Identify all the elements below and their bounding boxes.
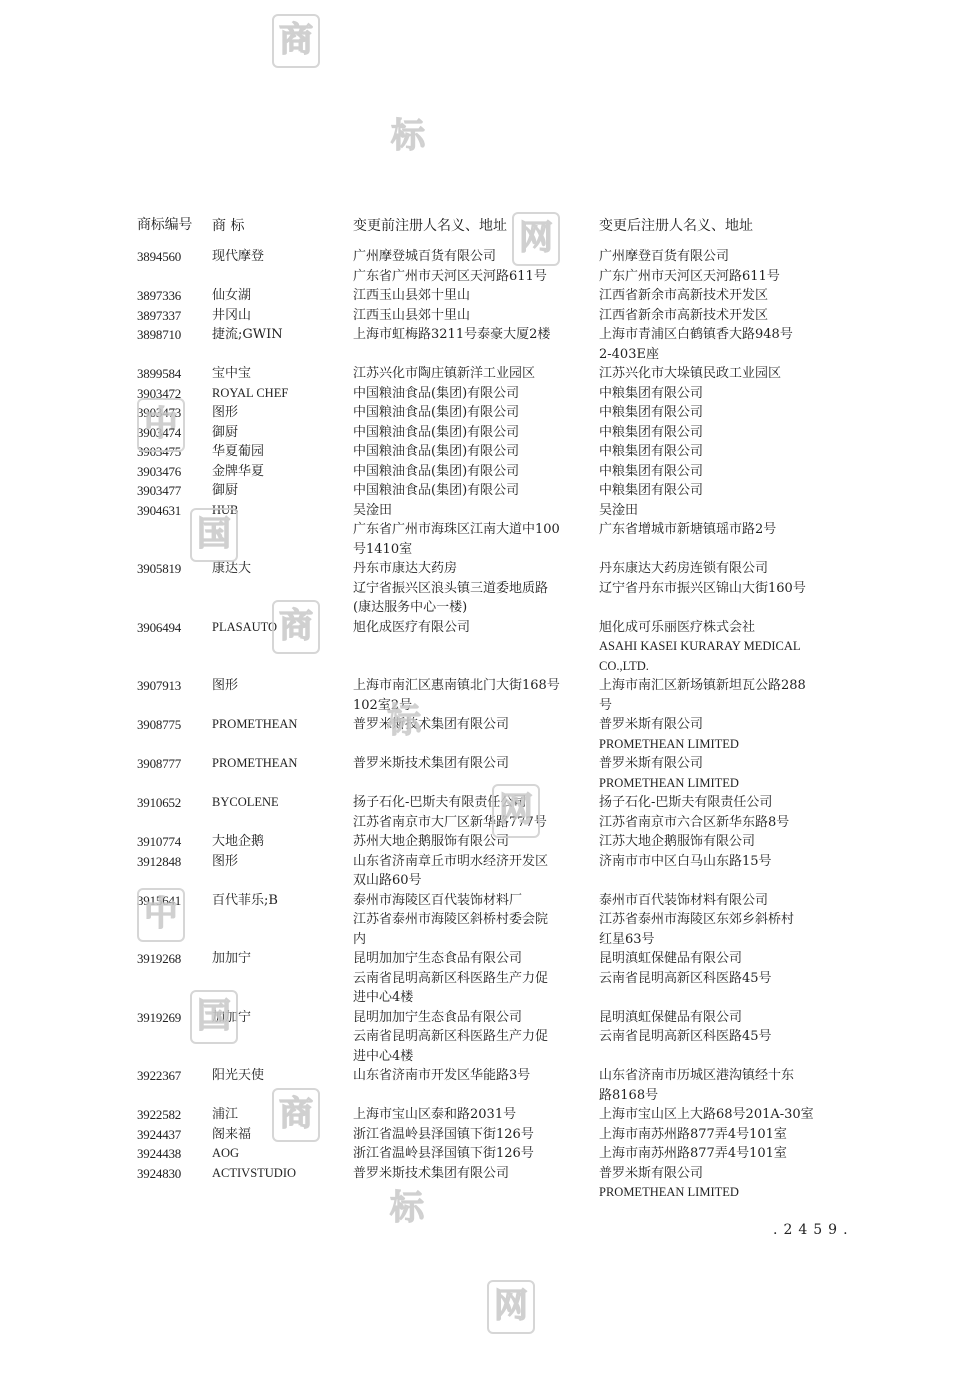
table-row: 3907913图形上海市南汇区惠南镇北门大街168号102室2号上海市南汇区新场… (137, 676, 857, 715)
trademark-number: 3906494 (137, 618, 212, 677)
registrant-after: 上海市南苏州路877弄4号101室 (599, 1144, 849, 1164)
registrant-before-line: 江苏省泰州市海陵区斜桥村委会院 (353, 910, 599, 930)
registrant-after: 普罗米斯有限公司PROMETHEAN LIMITED (599, 1164, 849, 1203)
registrant-after: 上海市宝山区上大路68号201A-30室 (599, 1105, 849, 1125)
registrant-after-line: 中粮集团有限公司 (599, 403, 849, 423)
registrant-after-line: 江苏省泰州市海陵区东郊乡斜桥村 (599, 910, 849, 930)
registrant-before: 泰州市海陵区百代装饰材料厂江苏省泰州市海陵区斜桥村委会院内 (353, 891, 599, 950)
registrant-before: 浙江省温岭县泽国镇下街126号 (353, 1125, 599, 1145)
registrant-after: 中粮集团有限公司 (599, 403, 849, 423)
trademark-number: 3907913 (137, 676, 212, 715)
trademark-name: 加加宁 (212, 949, 353, 1008)
registrant-before: 昆明加加宁生态食品有限公司云南省昆明高新区科医路生产力促进中心4楼 (353, 949, 599, 1008)
registrant-after-line: 昆明滇虹保健品有限公司 (599, 1008, 849, 1028)
registrant-after: 昆明滇虹保健品有限公司云南省昆明高新区科医路45号 (599, 1008, 849, 1067)
registrant-after-line: 红星63号 (599, 930, 849, 950)
registrant-before-line: 昆明加加宁生态食品有限公司 (353, 949, 599, 969)
registrant-after-line: 辽宁省丹东市振兴区锦山大街160号 (599, 579, 849, 599)
registrant-before: 山东省济南市开发区华能路3号 (353, 1066, 599, 1105)
registrant-after: 上海市南苏州路877弄4号101室 (599, 1125, 849, 1145)
registrant-before-line: 扬子石化-巴斯夫有限责任公司 (353, 793, 599, 813)
table-row: 3906494PLASAUTO旭化成医疗有限公司旭化成可乐丽医疗株式会社ASAH… (137, 618, 857, 677)
table-row: 3922582浦江上海市宝山区泰和路2031号上海市宝山区上大路68号201A-… (137, 1105, 857, 1125)
trademark-name: 图形 (212, 676, 353, 715)
registrant-after-line: 上海市青浦区白鹤镇香大路948号 (599, 325, 849, 345)
registrant-before-line: 进中心4楼 (353, 988, 599, 1008)
table-row: 3894560现代摩登广州摩登城百货有限公司广东省广州市天河区天河路611号广州… (137, 247, 857, 286)
table-row: 3924830ACTIVSTUDIO普罗米斯技术集团有限公司普罗米斯有限公司PR… (137, 1164, 857, 1203)
trademark-name: 捷流;GWIN (212, 325, 353, 364)
registrant-before-line: 中国粮油食品(集团)有限公司 (353, 384, 599, 404)
trademark-number: 3919268 (137, 949, 212, 1008)
trademark-number: 3905819 (137, 559, 212, 618)
watermark-glyph: 标 (384, 110, 432, 164)
registrant-before-line: 云南省昆明高新区科医路生产力促 (353, 1027, 599, 1047)
header-before-change: 变更前注册人名义、地址 (353, 214, 599, 238)
registrant-after: 普罗米斯有限公司PROMETHEAN LIMITED (599, 754, 849, 793)
registrant-after-line: 山东省济南市历城区港沟镇经十东 (599, 1066, 849, 1086)
header-after-change: 变更后注册人名义、地址 (599, 214, 849, 238)
header-trademark-number: 商标编号 (137, 214, 212, 238)
registrant-after: 昆明滇虹保健品有限公司云南省昆明高新区科医路45号 (599, 949, 849, 1008)
table-row: 3910774大地企鹅苏州大地企鹅服饰有限公司江苏大地企鹅服饰有限公司 (137, 832, 857, 852)
trademark-name: 阁来福 (212, 1125, 353, 1145)
table-row: 3903476金牌华夏中国粮油食品(集团)有限公司中粮集团有限公司 (137, 462, 857, 482)
trademark-number: 3899584 (137, 364, 212, 384)
trademark-number: 3912848 (137, 852, 212, 891)
registrant-after-line: 中粮集团有限公司 (599, 384, 849, 404)
trademark-name: 御厨 (212, 481, 353, 501)
table-row: 3903473图形中国粮油食品(集团)有限公司中粮集团有限公司 (137, 403, 857, 423)
trademark-number: 3924437 (137, 1125, 212, 1145)
registrant-before: 浙江省温岭县泽国镇下街126号 (353, 1144, 599, 1164)
table-row: 3915641百代菲乐;B泰州市海陵区百代装饰材料厂江苏省泰州市海陵区斜桥村委会… (137, 891, 857, 950)
trademark-number: 3898710 (137, 325, 212, 364)
registrant-after-line: 中粮集团有限公司 (599, 481, 849, 501)
trademark-number: 3903472 (137, 384, 212, 404)
registrant-after-line: 普罗米斯有限公司 (599, 754, 849, 774)
registrant-before-line: 进中心4楼 (353, 1047, 599, 1067)
table-row: 3924438AOG浙江省温岭县泽国镇下街126号上海市南苏州路877弄4号10… (137, 1144, 857, 1164)
registrant-after-line: 广东广州市天河区天河路611号 (599, 267, 849, 287)
trademark-name: ACTIVSTUDIO (212, 1164, 353, 1203)
trademark-number: 3903474 (137, 423, 212, 443)
table-row: 3899584宝中宝江苏兴化市陶庄镇新洋工业园区江苏兴化市大垛镇民政工业园区 (137, 364, 857, 384)
page-number: .2459. (773, 1222, 854, 1238)
registrant-after-line: 云南省昆明高新区科医路45号 (599, 1027, 849, 1047)
registrant-before-line: 昆明加加宁生态食品有限公司 (353, 1008, 599, 1028)
table-row: 3919269加加宁昆明加加宁生态食品有限公司云南省昆明高新区科医路生产力促进中… (137, 1008, 857, 1067)
registrant-before: 普罗米斯技术集团有限公司 (353, 1164, 599, 1203)
table-row: 3905819康达大丹东市康达大药房辽宁省振兴区浪头镇三道委地质路(康达服务中心… (137, 559, 857, 618)
trademark-name: 大地企鹅 (212, 832, 353, 852)
registrant-before-line: 号1410室 (353, 540, 599, 560)
registrant-after-line: 旭化成可乐丽医疗株式会社 (599, 618, 849, 638)
registrant-after-line: 中粮集团有限公司 (599, 423, 849, 443)
registrant-after-line: 江西省新余市高新技术开发区 (599, 306, 849, 326)
registrant-before: 吴淦田广东省广州市海珠区江南大道中100号1410室 (353, 501, 599, 560)
registrant-after: 中粮集团有限公司 (599, 481, 849, 501)
trademark-name: BYCOLENE (212, 793, 353, 832)
table-row: 3910652BYCOLENE扬子石化-巴斯夫有限责任公司江苏省南京市大厂区新华… (137, 793, 857, 832)
header-trademark: 商 标 (212, 214, 353, 238)
registrant-after: 江西省新余市高新技术开发区 (599, 306, 849, 326)
registrant-after-line: 江西省新余市高新技术开发区 (599, 286, 849, 306)
trademark-name: 图形 (212, 403, 353, 423)
registrant-after: 丹东康达大药房连锁有限公司辽宁省丹东市振兴区锦山大街160号 (599, 559, 849, 618)
registrant-after-line: 中粮集团有限公司 (599, 442, 849, 462)
registrant-before: 中国粮油食品(集团)有限公司 (353, 481, 599, 501)
registrant-before-line: 浙江省温岭县泽国镇下街126号 (353, 1125, 599, 1145)
registrant-before: 上海市宝山区泰和路2031号 (353, 1105, 599, 1125)
trademark-number: 3924438 (137, 1144, 212, 1164)
registrant-before: 上海市虹梅路3211号泰豪大厦2楼 (353, 325, 599, 364)
trademark-number: 3894560 (137, 247, 212, 286)
registrant-before-line: 普罗米斯技术集团有限公司 (353, 1164, 599, 1184)
registrant-before-line: 内 (353, 930, 599, 950)
registrant-after: 上海市青浦区白鹤镇香大路948号2-403E座 (599, 325, 849, 364)
trademark-number: 3922367 (137, 1066, 212, 1105)
registrant-before-line: 江西玉山县郊十里山 (353, 286, 599, 306)
registrant-before-line: 江苏兴化市陶庄镇新洋工业园区 (353, 364, 599, 384)
registrant-before: 江西玉山县郊十里山 (353, 306, 599, 326)
registrant-after-line: CO.,LTD. (599, 657, 849, 677)
registrant-before-line: 吴淦田 (353, 501, 599, 521)
registrant-after-line: 中粮集团有限公司 (599, 462, 849, 482)
registrant-before-line: 双山路60号 (353, 871, 599, 891)
registrant-before-line: 普罗米斯技术集团有限公司 (353, 715, 599, 735)
registrant-after-line: 丹东康达大药房连锁有限公司 (599, 559, 849, 579)
registrant-before: 中国粮油食品(集团)有限公司 (353, 403, 599, 423)
registrant-before-line: 中国粮油食品(集团)有限公司 (353, 481, 599, 501)
table-row: 3897336仙女湖江西玉山县郊十里山江西省新余市高新技术开发区 (137, 286, 857, 306)
registrant-before-line: 浙江省温岭县泽国镇下街126号 (353, 1144, 599, 1164)
registrant-after-line: 广东省增城市新塘镇瑶市路2号 (599, 520, 849, 540)
registrant-after-line: 江苏兴化市大垛镇民政工业园区 (599, 364, 849, 384)
table-row: 3898710捷流;GWIN上海市虹梅路3211号泰豪大厦2楼上海市青浦区白鹤镇… (137, 325, 857, 364)
registrant-before: 江苏兴化市陶庄镇新洋工业园区 (353, 364, 599, 384)
watermark-glyph: 网 (487, 1280, 535, 1334)
trademark-name: PLASAUTO (212, 618, 353, 677)
trademark-number: 3897336 (137, 286, 212, 306)
registrant-before: 山东省济南章丘市明水经济开发区双山路60号 (353, 852, 599, 891)
registrant-after-line: 路8168号 (599, 1086, 849, 1106)
registrant-after-line: 昆明滇虹保健品有限公司 (599, 949, 849, 969)
trademark-name: 图形 (212, 852, 353, 891)
registrant-after: 江西省新余市高新技术开发区 (599, 286, 849, 306)
registrant-after: 泰州市百代装饰材料有限公司江苏省泰州市海陵区东郊乡斜桥村红星63号 (599, 891, 849, 950)
trademark-number: 3924830 (137, 1164, 212, 1203)
registrant-before: 上海市南汇区惠南镇北门大街168号102室2号 (353, 676, 599, 715)
registrant-before-line: 泰州市海陵区百代装饰材料厂 (353, 891, 599, 911)
registrant-after: 中粮集团有限公司 (599, 462, 849, 482)
registrant-before-line: 山东省济南章丘市明水经济开发区 (353, 852, 599, 872)
registrant-after: 中粮集团有限公司 (599, 423, 849, 443)
registrant-after: 江苏大地企鹅服饰有限公司 (599, 832, 849, 852)
registrant-after-line: PROMETHEAN LIMITED (599, 774, 849, 794)
registrant-after: 山东省济南市历城区港沟镇经十东路8168号 (599, 1066, 849, 1105)
trademark-number: 3897337 (137, 306, 212, 326)
registrant-after-line: 吴淦田 (599, 501, 849, 521)
registrant-after-line: 济南市市中区白马山东路15号 (599, 852, 849, 872)
table-row: 3912848图形山东省济南章丘市明水经济开发区双山路60号济南市市中区白马山东… (137, 852, 857, 891)
table-row: 3922367阳光天使山东省济南市开发区华能路3号山东省济南市历城区港沟镇经十东… (137, 1066, 857, 1105)
registrant-before-line: 102室2号 (353, 696, 599, 716)
trademark-name: 井冈山 (212, 306, 353, 326)
trademark-number: 3903475 (137, 442, 212, 462)
registrant-before-line: 丹东市康达大药房 (353, 559, 599, 579)
registrant-before-line: 上海市虹梅路3211号泰豪大厦2楼 (353, 325, 599, 345)
registrant-before-line: (康达服务中心一楼) (353, 598, 599, 618)
registrant-before: 普罗米斯技术集团有限公司 (353, 754, 599, 793)
table-row: 3903477御厨中国粮油食品(集团)有限公司中粮集团有限公司 (137, 481, 857, 501)
trademark-number: 3903476 (137, 462, 212, 482)
registrant-after: 济南市市中区白马山东路15号 (599, 852, 849, 891)
registrant-before: 旭化成医疗有限公司 (353, 618, 599, 677)
trademark-name: 康达大 (212, 559, 353, 618)
registrant-after: 中粮集团有限公司 (599, 442, 849, 462)
registrant-before-line: 上海市南汇区惠南镇北门大街168号 (353, 676, 599, 696)
trademark-name: 华夏葡园 (212, 442, 353, 462)
trademark-name: AOG (212, 1144, 353, 1164)
table-row: 3903475华夏葡园中国粮油食品(集团)有限公司中粮集团有限公司 (137, 442, 857, 462)
trademark-name: 阳光天使 (212, 1066, 353, 1105)
registrant-after: 中粮集团有限公司 (599, 384, 849, 404)
registrant-before: 苏州大地企鹅服饰有限公司 (353, 832, 599, 852)
trademark-number: 3903473 (137, 403, 212, 423)
registrant-before: 普罗米斯技术集团有限公司 (353, 715, 599, 754)
trademark-name: PROMETHEAN (212, 754, 353, 793)
trademark-number: 3922582 (137, 1105, 212, 1125)
registrant-before: 中国粮油食品(集团)有限公司 (353, 384, 599, 404)
registrant-after: 扬子石化-巴斯夫有限责任公司江苏省南京市六合区新华东路8号 (599, 793, 849, 832)
registrant-after-line: 上海市南苏州路877弄4号101室 (599, 1144, 849, 1164)
registrant-after-line: 2-403E座 (599, 345, 849, 365)
registrant-after-line: 普罗米斯有限公司 (599, 715, 849, 735)
trademark-name: ROYAL CHEF (212, 384, 353, 404)
registrant-before-line: 普罗米斯技术集团有限公司 (353, 754, 599, 774)
registrant-after: 旭化成可乐丽医疗株式会社ASAHI KASEI KURARAY MEDICALC… (599, 618, 849, 677)
trademark-name: HUB (212, 501, 353, 560)
trademark-change-table: 商标编号 商 标 变更前注册人名义、地址 变更后注册人名义、地址 3894560… (137, 214, 857, 1203)
trademark-name: 金牌华夏 (212, 462, 353, 482)
registrant-before: 江西玉山县郊十里山 (353, 286, 599, 306)
registrant-after: 江苏兴化市大垛镇民政工业园区 (599, 364, 849, 384)
registrant-before-line: 上海市宝山区泰和路2031号 (353, 1105, 599, 1125)
registrant-after-line: PROMETHEAN LIMITED (599, 735, 849, 755)
table-row: 3924437阁来福浙江省温岭县泽国镇下街126号上海市南苏州路877弄4号10… (137, 1125, 857, 1145)
registrant-before-line: 中国粮油食品(集团)有限公司 (353, 462, 599, 482)
registrant-before-line: 中国粮油食品(集团)有限公司 (353, 423, 599, 443)
trademark-number: 3910652 (137, 793, 212, 832)
registrant-before-line: 旭化成医疗有限公司 (353, 618, 599, 638)
registrant-after-line: 广州摩登百货有限公司 (599, 247, 849, 267)
registrant-before-line: 辽宁省振兴区浪头镇三道委地质路 (353, 579, 599, 599)
trademark-name: 宝中宝 (212, 364, 353, 384)
table-row: 3904631HUB吴淦田广东省广州市海珠区江南大道中100号1410室吴淦田广… (137, 501, 857, 560)
registrant-before: 扬子石化-巴斯夫有限责任公司江苏省南京市大厂区新华路777号 (353, 793, 599, 832)
registrant-before-line: 江西玉山县郊十里山 (353, 306, 599, 326)
registrant-after-line: ASAHI KASEI KURARAY MEDICAL (599, 637, 849, 657)
table-body: 3894560现代摩登广州摩登城百货有限公司广东省广州市天河区天河路611号广州… (137, 247, 857, 1203)
registrant-after-line: 上海市宝山区上大路68号201A-30室 (599, 1105, 849, 1125)
trademark-name: 加加宁 (212, 1008, 353, 1067)
registrant-before-line: 江苏省南京市大厂区新华路777号 (353, 813, 599, 833)
trademark-number: 3904631 (137, 501, 212, 560)
trademark-name: 现代摩登 (212, 247, 353, 286)
registrant-after-line: 普罗米斯有限公司 (599, 1164, 849, 1184)
document-page: 商标网中国商标网中国商标网 商标编号 商 标 变更前注册人名义、地址 变更后注册… (0, 0, 980, 1400)
registrant-before: 广州摩登城百货有限公司广东省广州市天河区天河路611号 (353, 247, 599, 286)
table-row: 3908777PROMETHEAN普罗米斯技术集团有限公司普罗米斯有限公司PRO… (137, 754, 857, 793)
registrant-before-line: 广州摩登城百货有限公司 (353, 247, 599, 267)
registrant-before: 丹东市康达大药房辽宁省振兴区浪头镇三道委地质路(康达服务中心一楼) (353, 559, 599, 618)
table-row: 3903474御厨中国粮油食品(集团)有限公司中粮集团有限公司 (137, 423, 857, 443)
trademark-number: 3908775 (137, 715, 212, 754)
registrant-before: 昆明加加宁生态食品有限公司云南省昆明高新区科医路生产力促进中心4楼 (353, 1008, 599, 1067)
trademark-name: PROMETHEAN (212, 715, 353, 754)
trademark-name: 御厨 (212, 423, 353, 443)
registrant-before: 中国粮油食品(集团)有限公司 (353, 462, 599, 482)
trademark-number: 3915641 (137, 891, 212, 950)
table-row: 3908775PROMETHEAN普罗米斯技术集团有限公司普罗米斯有限公司PRO… (137, 715, 857, 754)
watermark-glyph: 商 (272, 14, 320, 68)
registrant-after-line: 上海市南汇区新场镇新坦瓦公路288 (599, 676, 849, 696)
registrant-before-line: 苏州大地企鹅服饰有限公司 (353, 832, 599, 852)
table-row: 3919268加加宁昆明加加宁生态食品有限公司云南省昆明高新区科医路生产力促进中… (137, 949, 857, 1008)
trademark-name: 仙女湖 (212, 286, 353, 306)
registrant-after-line: 泰州市百代装饰材料有限公司 (599, 891, 849, 911)
registrant-after-line: PROMETHEAN LIMITED (599, 1183, 849, 1203)
trademark-number: 3919269 (137, 1008, 212, 1067)
trademark-number: 3908777 (137, 754, 212, 793)
table-header: 商标编号 商 标 变更前注册人名义、地址 变更后注册人名义、地址 (137, 214, 857, 238)
registrant-after: 广州摩登百货有限公司广东广州市天河区天河路611号 (599, 247, 849, 286)
registrant-before-line: 山东省济南市开发区华能路3号 (353, 1066, 599, 1086)
trademark-number: 3910774 (137, 832, 212, 852)
trademark-name: 浦江 (212, 1105, 353, 1125)
registrant-before-line: 广东省广州市天河区天河路611号 (353, 267, 599, 287)
registrant-after: 吴淦田广东省增城市新塘镇瑶市路2号 (599, 501, 849, 560)
registrant-after-line: 扬子石化-巴斯夫有限责任公司 (599, 793, 849, 813)
registrant-after-line: 江苏省南京市六合区新华东路8号 (599, 813, 849, 833)
table-row: 3903472ROYAL CHEF中国粮油食品(集团)有限公司中粮集团有限公司 (137, 384, 857, 404)
registrant-after-line: 云南省昆明高新区科医路45号 (599, 969, 849, 989)
registrant-after-line: 号 (599, 696, 849, 716)
registrant-after: 上海市南汇区新场镇新坦瓦公路288号 (599, 676, 849, 715)
table-row: 3897337井冈山江西玉山县郊十里山江西省新余市高新技术开发区 (137, 306, 857, 326)
registrant-before-line: 中国粮油食品(集团)有限公司 (353, 403, 599, 423)
registrant-before-line: 广东省广州市海珠区江南大道中100 (353, 520, 599, 540)
registrant-before: 中国粮油食品(集团)有限公司 (353, 423, 599, 443)
trademark-name: 百代菲乐;B (212, 891, 353, 950)
registrant-before-line: 云南省昆明高新区科医路生产力促 (353, 969, 599, 989)
registrant-before-line: 中国粮油食品(集团)有限公司 (353, 442, 599, 462)
registrant-after: 普罗米斯有限公司PROMETHEAN LIMITED (599, 715, 849, 754)
registrant-before: 中国粮油食品(集团)有限公司 (353, 442, 599, 462)
registrant-after-line: 江苏大地企鹅服饰有限公司 (599, 832, 849, 852)
trademark-number: 3903477 (137, 481, 212, 501)
registrant-after-line: 上海市南苏州路877弄4号101室 (599, 1125, 849, 1145)
